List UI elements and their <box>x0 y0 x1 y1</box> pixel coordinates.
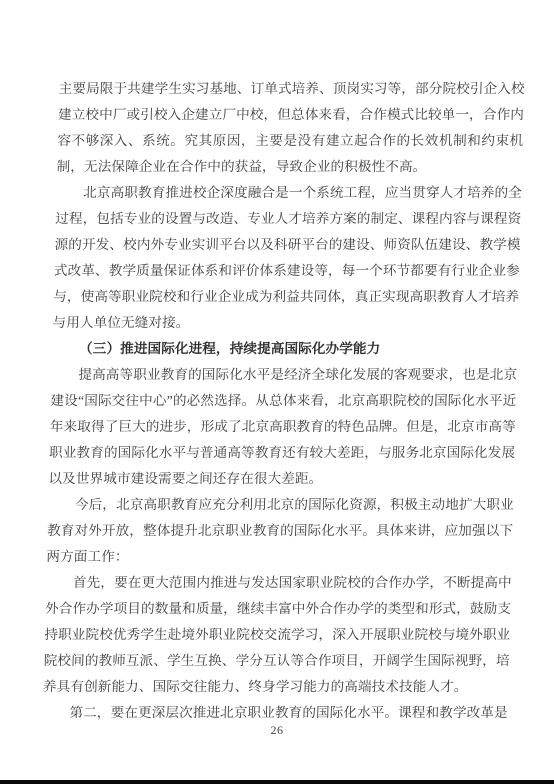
paragraph: 主要局限于共建学生实习基地、订单式培养、顶岗实习等，部分院校引企入校建立校中厂或… <box>56 76 525 180</box>
paragraph: 今后，北京高职教育应充分利用北京的国际化资源，积极主动地扩大职业教育对外开放，整… <box>46 492 514 570</box>
page-number: 26 <box>0 722 554 738</box>
paragraph: 北京高职教育推进校企深度融合是一个系统工程，应当贯穿人才培养的全过程，包括专业的… <box>52 180 522 336</box>
page-body: 主要局限于共建学生实习基地、订单式培养、顶岗实习等，部分院校引企入校建立校中厂或… <box>42 76 525 726</box>
section-heading: （三）推进国际化进程，持续提高国际化办学能力 <box>52 336 519 362</box>
document-page: 主要局限于共建学生实习基地、订单式培养、顶岗实习等，部分院校引企入校建立校中厂或… <box>0 0 554 784</box>
paragraph: 提高高等职业教育的国际化水平是经济全球化发展的客观要求，也是北京建设“国际交往中… <box>48 362 517 492</box>
paragraph: 首先，要在更大范围内推进与发达国家职业院校的合作办学，不断提高中外合作办学项目的… <box>43 570 512 700</box>
scan-edge-bar <box>0 780 554 784</box>
